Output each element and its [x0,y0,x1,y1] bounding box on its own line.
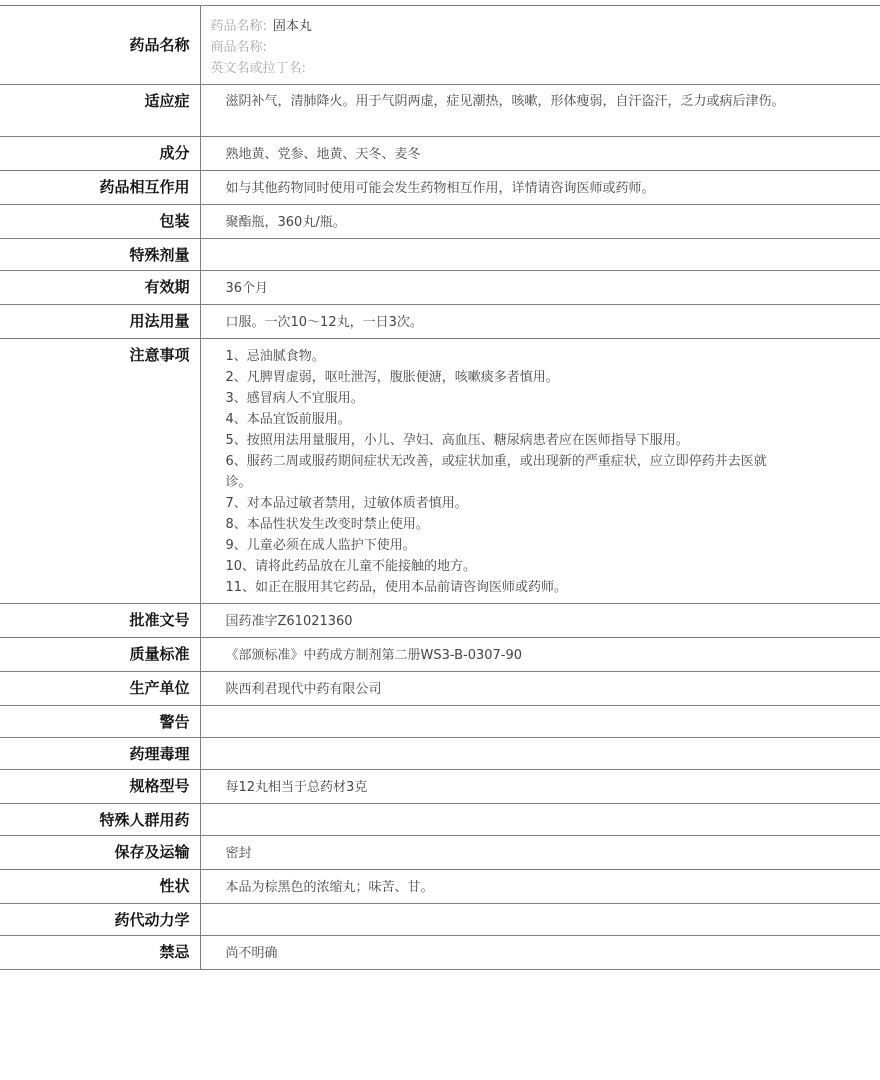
row-label: 保存及运输 [0,836,200,870]
row-packaging: 包装 聚酯瓶，360丸/瓶。 [0,205,880,239]
row-label: 药理毒理 [0,738,200,770]
row-indications: 适应症 滋阴补气，清肺降火。用于气阴两虚，症见潮热，咳嗽，形体瘦弱，自汗盗汗，乏… [0,85,880,137]
row-value: 36个月 [200,271,880,305]
row-drug-name: 药品名称 药品名称:固本丸 商品名称: 英文名或拉丁名: [0,6,880,85]
row-storage-transport: 保存及运输 密封 [0,836,880,870]
row-label: 用法用量 [0,305,200,339]
row-label: 药品相互作用 [0,171,200,205]
row-label: 包装 [0,205,200,239]
row-value: 熟地黄、党参、地黄、天冬、麦冬 [200,137,880,171]
row-label: 生产单位 [0,672,200,706]
row-label: 批准文号 [0,604,200,638]
row-label: 质量标准 [0,638,200,672]
row-special-populations: 特殊人群用药 [0,804,880,836]
row-label: 特殊剂量 [0,239,200,271]
precaution-item: 11、如正在服用其它药品，使用本品前请咨询医师或药师。 [226,577,791,598]
precaution-item: 10、请将此药品放在儿童不能接触的地方。 [226,556,791,577]
row-value: 陕西利君现代中药有限公司 [200,672,880,706]
row-label: 性状 [0,870,200,904]
row-precautions: 注意事项 1、忌油腻食物。 2、凡脾胃虚弱，呕吐泄泻，腹胀便溏，咳嗽痰多者慎用。… [0,339,880,604]
row-manufacturer: 生产单位 陕西利君现代中药有限公司 [0,672,880,706]
row-value [200,738,880,770]
row-usage-dosage: 用法用量 口服。一次10～12丸，一日3次。 [0,305,880,339]
drug-spec-table: 药品名称 药品名称:固本丸 商品名称: 英文名或拉丁名: 适应症 滋阴补气，清肺… [0,5,880,970]
row-value [200,706,880,738]
row-pharmacology-toxicology: 药理毒理 [0,738,880,770]
english-name-label: 英文名或拉丁名: [211,61,306,76]
precaution-item: 7、对本品过敏者禁用，过敏体质者慎用。 [226,493,791,514]
generic-name-line: 药品名称:固本丸 [211,16,791,37]
precaution-item: 4、本品宜饭前服用。 [226,409,791,430]
row-value: 尚不明确 [200,936,880,970]
row-value: 《部颁标准》中药成方制剂第二册WS3-B-0307-90 [200,638,880,672]
row-special-dosage: 特殊剂量 [0,239,880,271]
row-label: 成分 [0,137,200,171]
row-label: 警告 [0,706,200,738]
row-label: 有效期 [0,271,200,305]
trade-name-line: 商品名称: [211,37,791,58]
row-label: 药代动力学 [0,904,200,936]
row-label: 规格型号 [0,770,200,804]
row-contraindications: 禁忌 尚不明确 [0,936,880,970]
row-pharmacokinetics: 药代动力学 [0,904,880,936]
row-label: 注意事项 [0,339,200,604]
precaution-item: 6、服药二周或服药期间症状无改善，或症状加重，或出现新的严重症状，应立即停药并去… [226,451,791,493]
row-approval-number: 批准文号 国药准字Z61021360 [0,604,880,638]
row-label: 适应症 [0,85,200,137]
row-value: 滋阴补气，清肺降火。用于气阴两虚，症见潮热，咳嗽，形体瘦弱，自汗盗汗，乏力或病后… [200,85,880,137]
precaution-item: 1、忌油腻食物。 [226,346,791,367]
english-name-line: 英文名或拉丁名: [211,58,791,79]
row-value: 如与其他药物同时使用可能会发生药物相互作用，详情请咨询医师或药师。 [200,171,880,205]
row-value: 密封 [200,836,880,870]
row-value [200,904,880,936]
drug-name-values: 药品名称:固本丸 商品名称: 英文名或拉丁名: [200,6,880,85]
row-value [200,804,880,836]
precaution-item: 9、儿童必须在成人监护下使用。 [226,535,791,556]
row-value: 国药准字Z61021360 [200,604,880,638]
precaution-item: 3、感冒病人不宜服用。 [226,388,791,409]
row-value: 口服。一次10～12丸，一日3次。 [200,305,880,339]
generic-name-value: 固本丸 [273,19,312,34]
row-specification: 规格型号 每12丸相当于总药材3克 [0,770,880,804]
row-validity: 有效期 36个月 [0,271,880,305]
row-quality-standard: 质量标准 《部颁标准》中药成方制剂第二册WS3-B-0307-90 [0,638,880,672]
row-label: 特殊人群用药 [0,804,200,836]
row-label: 禁忌 [0,936,200,970]
trade-name-label: 商品名称: [211,40,267,55]
row-value: 每12丸相当于总药材3克 [200,770,880,804]
row-label: 药品名称 [0,6,200,85]
row-description: 性状 本品为棕黑色的浓缩丸；味苦、甘。 [0,870,880,904]
row-warning: 警告 [0,706,880,738]
drug-spec-sheet: 药品名称 药品名称:固本丸 商品名称: 英文名或拉丁名: 适应症 滋阴补气，清肺… [0,5,880,970]
row-interactions: 药品相互作用 如与其他药物同时使用可能会发生药物相互作用，详情请咨询医师或药师。 [0,171,880,205]
precaution-item: 5、按照用法用量服用，小儿、孕妇、高血压、糖尿病患者应在医师指导下服用。 [226,430,791,451]
row-value: 本品为棕黑色的浓缩丸；味苦、甘。 [200,870,880,904]
generic-name-label: 药品名称: [211,19,267,34]
precaution-item: 8、本品性状发生改变时禁止使用。 [226,514,791,535]
row-ingredients: 成分 熟地黄、党参、地黄、天冬、麦冬 [0,137,880,171]
row-value: 聚酯瓶，360丸/瓶。 [200,205,880,239]
precautions-list: 1、忌油腻食物。 2、凡脾胃虚弱，呕吐泄泻，腹胀便溏，咳嗽痰多者慎用。 3、感冒… [200,339,880,604]
row-value [200,239,880,271]
precaution-item: 2、凡脾胃虚弱，呕吐泄泻，腹胀便溏，咳嗽痰多者慎用。 [226,367,791,388]
